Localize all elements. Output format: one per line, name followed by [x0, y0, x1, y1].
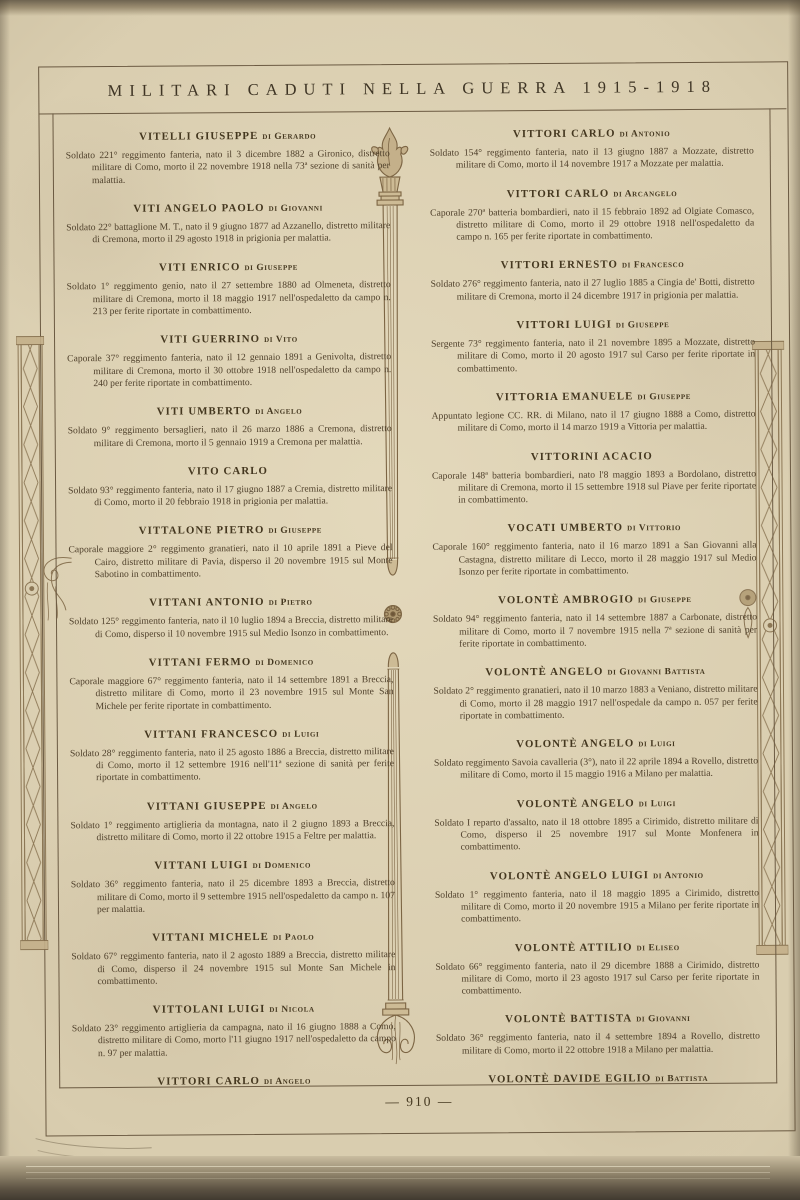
entry-heading: VITTORIA EMANUELEdi Giuseppe [431, 387, 755, 405]
soldier-name: VITTORI CARLO [157, 1075, 260, 1088]
memorial-entry: VITO CARLOSoldato 93° reggimento fanteri… [68, 462, 392, 510]
entry-text: Soldato 94° reggimento fanteria, nato il… [433, 612, 757, 651]
memorial-entry: VITTANI MICHELEdi PaoloSoldato 67° reggi… [71, 928, 395, 988]
entry-heading: VOLONTÈ ANGELOdi Giovanni Battista [433, 663, 757, 681]
soldier-name: VITI GUERRINO [160, 333, 260, 346]
entry-text: Caporale 160° reggimento fanteria, nato … [432, 540, 756, 579]
entry-heading: VITI ENRICOdi Giuseppe [66, 259, 390, 277]
soldier-name: VITTORINI ACACIO [531, 450, 653, 463]
entry-heading: VITI ANGELO PAOLOdi Giovanni [66, 199, 390, 217]
soldier-patronymic: di Eliseo [637, 943, 680, 953]
soldier-name: VITTOLANI LUIGI [153, 1003, 266, 1016]
entry-heading: VOLONTÈ ANGELO LUIGIdi Antonio [435, 866, 759, 884]
soldier-name: VITELLI GIUSEPPE [139, 130, 258, 143]
left-column: VITELLI GIUSEPPEdi GerardoSoldato 221° r… [66, 127, 397, 1088]
memorial-entry: VITI ANGELO PAOLOdi GiovanniSoldato 22° … [66, 199, 390, 247]
soldier-name: VITTORI CARLO [513, 127, 616, 140]
entry-heading: VITTANI FRANCESCOdi Luigi [70, 725, 394, 743]
entry-text: Soldato 125° reggimento fanteria, nato i… [69, 614, 393, 641]
entry-text: Soldato 36° reggimento fanteria, nato il… [71, 877, 395, 916]
right-column: VITTORI CARLOdi AntonioSoldato 154° regg… [430, 125, 761, 1089]
soldier-patronymic: di Gerardo [262, 132, 316, 142]
page-bottom-edge [0, 1156, 800, 1200]
entry-heading: VITTANI ANTONIOdi Pietro [69, 593, 393, 611]
soldier-name: VOCATI UMBERTO [508, 522, 624, 535]
soldier-name: VITI ENRICO [159, 262, 240, 275]
soldier-patronymic: di Giuseppe [244, 263, 298, 273]
soldier-patronymic: di Vittorio [627, 523, 681, 533]
memorial-entry: VITTORI LUIGIdi GiuseppeSergente 73° reg… [431, 316, 755, 376]
entry-text: Soldato 23° reggimento artiglieria da ca… [72, 1021, 396, 1060]
memorial-entry: VITTORI ERNESTOdi FrancescoSoldato 276° … [430, 256, 754, 304]
columns: VITELLI GIUSEPPEdi GerardoSoldato 221° r… [53, 108, 776, 1088]
memorial-entry: VOLONTÈ ANGELOdi Giovanni BattistaSoldat… [433, 663, 757, 723]
entry-text: Soldato 276° reggimento fanteria, nato i… [431, 277, 755, 304]
memorial-entry: VITTALONE PIETROdi GiuseppeCaporale magg… [68, 522, 392, 582]
content-box: VITELLI GIUSEPPEdi GerardoSoldato 221° r… [52, 108, 777, 1088]
entry-text: Soldato 9° reggimento bersaglieri, nato … [68, 423, 392, 450]
soldier-name: VITTANI LUIGI [154, 859, 248, 872]
soldier-name: VOLONTÈ AMBROGIO [498, 594, 634, 607]
memorial-entry: VITTORINI ACACIOCaporale 148ª batteria b… [432, 447, 756, 507]
soldier-patronymic: di Angelo [255, 407, 302, 417]
soldier-patronymic: di Domenico [253, 861, 312, 871]
soldier-patronymic: di Nicola [269, 1005, 314, 1015]
memorial-entry: VITI GUERRINOdi VitoCaporale 37° reggime… [67, 330, 391, 390]
soldier-name: VOLONTÈ ANGELO [485, 666, 603, 679]
soldier-patronymic: di Arcangelo [613, 189, 677, 199]
soldier-name: VITTANI GIUSEPPE [147, 800, 267, 813]
memorial-entry: VITTANI FERMOdi DomenicoCaporale maggior… [69, 653, 393, 713]
entry-text: Caporale 37° reggimento fanteria, nato i… [67, 351, 391, 390]
entry-heading: VOLONTÈ ANGELOdi Luigi [434, 735, 758, 753]
memorial-entry: VOLONTÈ BATTISTAdi GiovanniSoldato 36° r… [436, 1010, 760, 1058]
soldier-name: VITTORI LUIGI [516, 319, 611, 332]
soldier-name: VITTALONE PIETRO [139, 524, 265, 537]
entry-heading: VITTANI GIUSEPPEdi Angelo [70, 797, 394, 815]
entry-heading: VITTALONE PIETROdi Giuseppe [68, 522, 392, 540]
memorial-entry: VOLONTÈ ANGELOdi LuigiSoldato reggimento… [434, 735, 758, 783]
memorial-entry: VITELLI GIUSEPPEdi GerardoSoldato 221° r… [66, 127, 390, 187]
soldier-patronymic: di Pietro [269, 598, 313, 608]
soldier-patronymic: di Giuseppe [616, 320, 670, 330]
soldier-name: VOLONTÈ BATTISTA [505, 1013, 632, 1026]
entry-heading: VOCATI UMBERTOdi Vittorio [432, 519, 756, 537]
entry-text: Caporale 270ª batteria bombardieri, nato… [430, 205, 754, 244]
entry-heading: VITI UMBERTOdi Angelo [67, 402, 391, 420]
soldier-name: VOLONTÈ ANGELO [517, 797, 635, 810]
soldier-patronymic: di Antonio [653, 870, 704, 880]
memorial-entry: VITTANI LUIGIdi DomenicoSoldato 36° regg… [71, 856, 395, 916]
soldier-name: VOLONTÈ ANGELO [516, 737, 634, 750]
soldier-patronymic: di Vito [264, 335, 298, 345]
entry-text: Soldato 67° reggimento fanteria, nato il… [71, 949, 395, 988]
entry-text: Soldato 66° reggimento fanteria, nato il… [435, 959, 759, 998]
entry-heading: VITELLI GIUSEPPEdi Gerardo [66, 127, 390, 145]
memorial-entry: VOLONTÈ AMBROGIOdi GiuseppeSoldato 94° r… [433, 591, 757, 651]
soldier-patronymic: di Battista [655, 1074, 708, 1084]
entry-heading: VOLONTÈ ATTILIOdi Eliseo [435, 938, 759, 956]
entry-text: Soldato 28° reggimento fanteria, nato il… [70, 746, 394, 785]
memorial-entry: VITTOLANI LUIGIdi NicolaSoldato 23° regg… [72, 1000, 396, 1060]
entry-text: Soldato 1° reggimento genio, nato il 27 … [67, 280, 391, 319]
memorial-entry: VOLONTÈ ATTILIOdi EliseoSoldato 66° regg… [435, 938, 759, 998]
soldier-patronymic: di Angelo [271, 801, 318, 811]
entry-heading: VITTORI CARLOdi Antonio [430, 125, 754, 143]
entry-text: Caporale 148ª batteria bombardieri, nato… [432, 468, 756, 507]
entry-heading: VOLONTÈ ANGELOdi Luigi [434, 794, 758, 812]
entry-text: Soldato 36° reggimento fanteria, nato il… [436, 1031, 760, 1058]
entry-text: Soldato 2° reggimento granatieri, nato i… [433, 684, 757, 723]
entry-heading: VITTORI LUIGIdi Giuseppe [431, 316, 755, 334]
entry-text: Sergente 73° reggimento fanteria, nato i… [431, 337, 755, 376]
entry-text: Soldato 22° battaglione M. T., nato il 9… [66, 220, 390, 247]
entry-heading: VITTANI MICHELEdi Paolo [71, 928, 395, 946]
entry-text: Soldato reggimento Savoia cavalleria (3°… [434, 756, 758, 783]
entry-text: Soldato 221° reggimento fanteria, nato i… [66, 148, 390, 187]
entry-text: Soldato 1° reggimento fanteria, nato il … [435, 887, 759, 926]
soldier-patronymic: di Luigi [638, 739, 675, 749]
entry-text: Soldato 154° reggimento fanteria, nato i… [430, 146, 754, 173]
soldier-patronymic: di Luigi [639, 799, 676, 809]
soldier-name: VITI UMBERTO [157, 405, 252, 418]
entry-heading: VITO CARLO [68, 462, 392, 480]
soldier-patronymic: di Domenico [255, 658, 314, 668]
entry-heading: VITTOLANI LUIGIdi Nicola [72, 1000, 396, 1018]
soldier-name: VITTANI FERMO [149, 656, 252, 669]
memorial-entry: VITTANI FRANCESCOdi LuigiSoldato 28° reg… [70, 725, 394, 785]
entry-heading: VOLONTÈ BATTISTAdi Giovanni [436, 1010, 760, 1028]
soldier-patronymic: di Angelo [264, 1077, 311, 1087]
soldier-patronymic: di Giovanni Battista [607, 667, 705, 678]
memorial-entry: VITTORI CARLOdi ArcangeloCaporale 270ª b… [430, 184, 754, 244]
soldier-name: VITTANI FRANCESCO [144, 728, 278, 741]
entry-heading: VOLONTÈ AMBROGIOdi Giuseppe [433, 591, 757, 609]
soldier-name: VITTORI CARLO [507, 187, 610, 200]
entry-text: Caporale maggiore 2° reggimento granatie… [68, 543, 392, 582]
soldier-patronymic: di Giovanni [636, 1014, 690, 1024]
entry-heading: VITTORI CARLOdi Angelo [72, 1072, 396, 1088]
memorial-entry: VOLONTÈ ANGELOdi LuigiSoldato I reparto … [434, 794, 758, 854]
soldier-name: VITTORIA EMANUELE [496, 390, 634, 403]
entry-heading: VITTORINI ACACIO [432, 447, 756, 465]
entry-heading: VITI GUERRINOdi Vito [67, 330, 391, 348]
memorial-entry: VITTORI CARLOdi AntonioSoldato 154° regg… [430, 125, 754, 173]
soldier-name: VITTANI MICHELE [152, 931, 269, 944]
entry-heading: VITTANI FERMOdi Domenico [69, 653, 393, 671]
soldier-name: VITI ANGELO PAOLO [133, 202, 264, 215]
soldier-name: VITTORI ERNESTO [501, 259, 618, 272]
entry-text: Soldato 93° reggimento fanteria, nato il… [68, 483, 392, 510]
soldier-patronymic: di Francesco [622, 260, 684, 270]
entry-text: Appuntato legione CC. RR. di Milano, nat… [432, 408, 756, 435]
memorial-entry: VITI ENRICOdi GiuseppeSoldato 1° reggime… [66, 259, 390, 319]
memorial-entry: VITTANI GIUSEPPEdi AngeloSoldato 1° regg… [70, 797, 394, 845]
entry-text: Soldato 1° reggimento artiglieria da mon… [70, 818, 394, 845]
soldier-patronymic: di Giuseppe [268, 526, 322, 536]
soldier-name: VOLONTÈ ATTILIO [515, 941, 633, 954]
memorial-entry: VITI UMBERTOdi AngeloSoldato 9° reggimen… [67, 402, 391, 450]
soldier-patronymic: di Luigi [282, 729, 319, 739]
entry-heading: VITTORI ERNESTOdi Francesco [430, 256, 754, 274]
memorial-entry: VITTORI CARLOdi AngeloSoldato 127° reggi… [72, 1072, 396, 1088]
memorial-entry: VITTANI ANTONIOdi PietroSoldato 125° reg… [69, 593, 393, 641]
soldier-patronymic: di Paolo [273, 933, 314, 943]
soldier-patronymic: di Giuseppe [637, 392, 691, 402]
soldier-patronymic: di Giovanni [269, 203, 323, 213]
soldier-patronymic: di Antonio [620, 129, 671, 139]
entry-text: Soldato I reparto d'assalto, nato il 18 … [434, 815, 758, 854]
entry-text: Caporale maggiore 67° reggimento fanteri… [69, 674, 393, 713]
soldier-name: VOLONTÈ ANGELO LUIGI [490, 869, 649, 882]
entry-heading: VITTANI LUIGIdi Domenico [71, 856, 395, 874]
memorial-entry: VOLONTÈ ANGELO LUIGIdi AntonioSoldato 1°… [435, 866, 759, 926]
scanned-page: MILITARI CADUTI NELLA GUERRA 1915-1918 [0, 0, 800, 1200]
soldier-patronymic: di Giuseppe [638, 595, 692, 605]
soldier-name: VITTANI ANTONIO [149, 596, 264, 609]
soldier-name: VOLONTÈ DAVIDE EGILIO [488, 1072, 651, 1085]
memorial-entry: VOCATI UMBERTOdi VittorioCaporale 160° r… [432, 519, 756, 579]
memorial-entry: VITTORIA EMANUELEdi GiuseppeAppuntato le… [431, 387, 755, 435]
soldier-name: VITO CARLO [188, 465, 268, 478]
entry-heading: VITTORI CARLOdi Arcangelo [430, 184, 754, 202]
